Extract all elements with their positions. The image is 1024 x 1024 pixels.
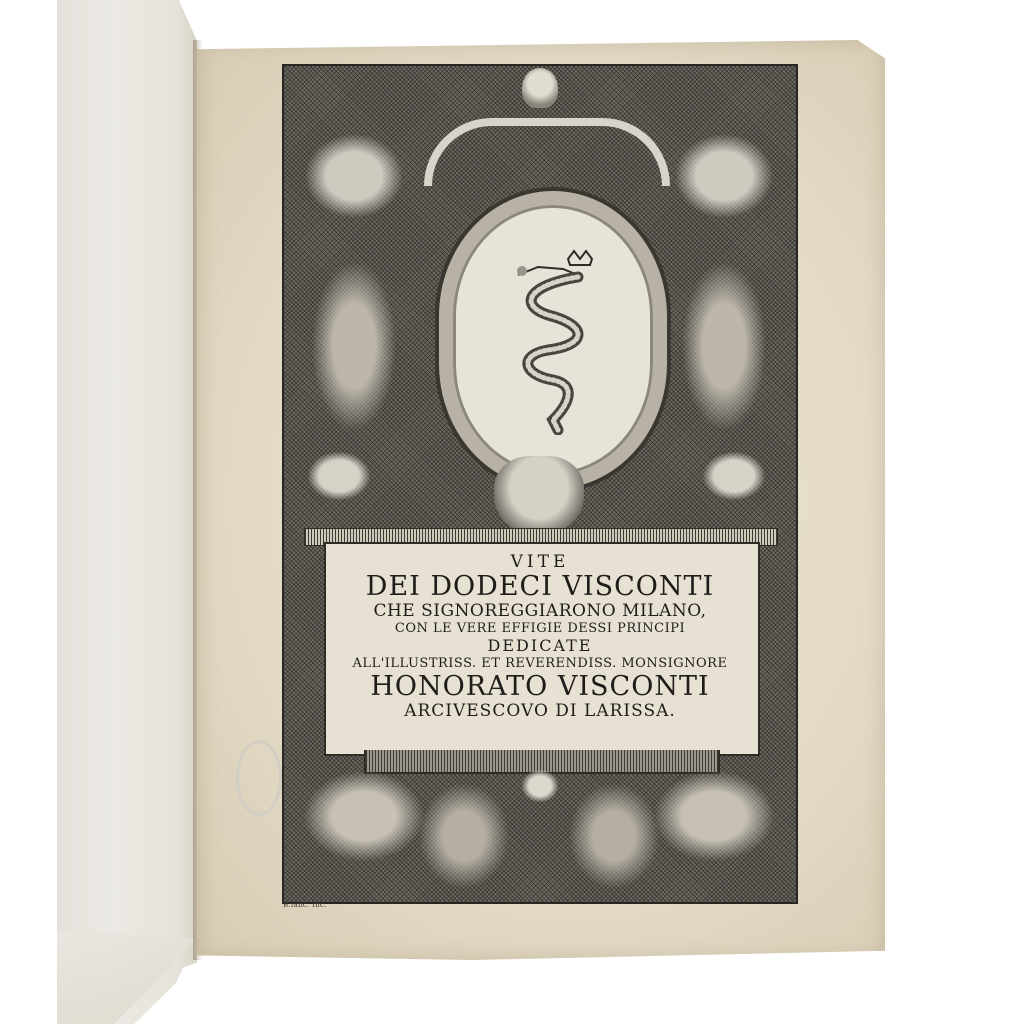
lower-ornament-eagle-captives [284,756,796,902]
dedication-honorific: ALL'ILLUSTRISS. ET REVERENDISS. MONSIGNO… [324,657,756,670]
dedicatee-name: HONORATO VISCONTI [324,673,756,700]
subtitle-line-1: CHE SIGNOREGGIARONO MILANO, [324,603,756,620]
eagle-medallion-icon [236,740,282,816]
title-text-block: VITE DEI DODECI VISCONTI CHE SIGNOREGGIA… [324,546,756,720]
engraver-signature: B.lanc. Inc. [283,901,327,909]
grotesque-mask [494,456,584,536]
main-title: DEI DODECI VISCONTI [324,573,756,600]
subtitle-line-2: CON LE VERE EFFIGIE DESSI PRINCIPI [324,622,756,635]
crown-finial-icon [522,68,558,108]
biscione-serpent-icon [508,245,598,435]
dedicate-line: DEDICATE [324,638,756,654]
coat-of-arms-shield [439,191,667,489]
blank-flyleaf [57,0,197,1024]
title-vite: VITE [324,554,756,571]
crown-icon [424,118,670,186]
dedicatee-title: ARCIVESCOVO DI LARISSA. [324,703,756,720]
engraved-plate: VITE DEI DODECI VISCONTI CHE SIGNOREGGIA… [282,64,798,904]
